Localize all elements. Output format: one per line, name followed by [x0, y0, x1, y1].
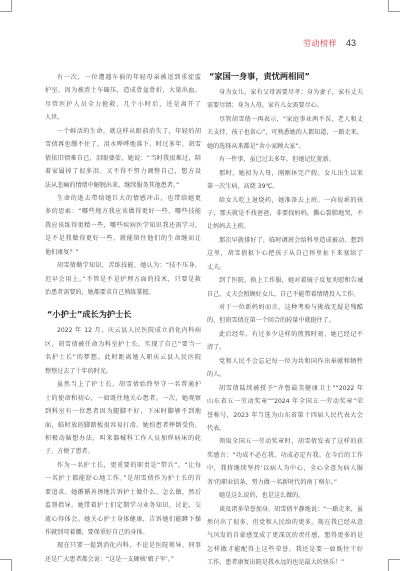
text-line: 现在只要一提到消化内科，不论是医院领导、同事 — [45, 539, 201, 552]
text-line: 区，胡雪倩被任命为科室护士长，实现了自己“要当一 — [45, 338, 201, 351]
text-line: 人世。 — [45, 111, 201, 124]
right-column: “家国一身事，责忧两相同”身为女儿，家有父母需要尽孝；身为妻子，家有丈夫需要尽情… — [207, 71, 363, 570]
text-line: 这里，胡雪倩狠下心把孩子从自己怀里扯下来塞给了 — [207, 247, 363, 260]
running-header: 劳动榜样 43 — [303, 38, 356, 49]
text-line: 名护士长”的梦想。此时距离她入职庆云县人民医院 — [45, 351, 201, 364]
text-line: 子，方便了患者。 — [45, 445, 201, 458]
text-line: 到了医院，换上工作服，她对着镜子反复劝慰和告诫 — [207, 274, 363, 287]
text-line: 奖感言：“功成不必在我，功成必定有我。在今后的工作 — [207, 449, 363, 462]
text-line: 迟早会用上。”不管是不是护理方面的技术，只要是救 — [45, 273, 201, 286]
section-subheading: “家国一身事，责忧两相同” — [207, 67, 363, 86]
text-line: 是不是我做得更好一些，就能留住他们的生命继而让 — [45, 232, 201, 245]
section-subheading: “小护士”成长为护士长 — [45, 305, 201, 324]
text-line: 她是这么说的，也是这么做的。 — [207, 489, 363, 502]
crop-mark-top-left — [0, 0, 12, 12]
text-line: 然付出了很多，但党和人民给的更多。现在我已经从意 — [207, 516, 363, 529]
text-line: 监督指导。她带着护士们定期学习业务知识，讨论、交 — [45, 499, 201, 512]
text-line: 多的思索：“哪些地方我应该做得更好一些，哪些技能 — [45, 205, 201, 218]
text-line: 对于一位新妈妈而言，这种考验与挑战无疑是残酷 — [207, 301, 363, 314]
text-line: 清了。 — [207, 341, 363, 354]
text-line: 2022 年 12 月，庆云县人民医院成立消化内科病 — [45, 324, 201, 337]
text-line: 还是广大患者都会说：“这是一支硬核‘娘子军’。” — [45, 553, 201, 566]
text-line: 代表。 — [207, 422, 363, 435]
text-line: 让妈妈去上班。 — [207, 220, 363, 233]
text-line: 作为一名护士长，更重要的职责是“带兵”。“让每 — [45, 459, 201, 472]
text-line: 有一件事，虽已过去多年，但她记忆犹新。 — [207, 153, 363, 166]
text-line: 流心得体会。她关心护士身体健康，告诉她们能蹲下操 — [45, 513, 201, 526]
text-line: 的人。 — [207, 368, 363, 381]
text-line: 工作，患者康复出院是我永远的也是最大的快乐！” — [207, 556, 363, 569]
text-line: 山东省五一劳动奖章”“2024 年全国五一劳动奖章”荣 — [207, 395, 363, 408]
text-line: 尽管医护人员全力抢救，几个小时后，还是离开了 — [45, 98, 201, 111]
text-line: 虽然当上了护士长，胡雪倩始终坚守一名普通护 — [45, 378, 201, 391]
text-line: 党和人民不会忘记每一位为共和国作出奉献和牺牲 — [207, 355, 363, 368]
text-line: 雪倩再也绷不住了，泪水哗哗地落下。时过多年，胡雪 — [45, 138, 201, 151]
text-line: 有一次，一位遭遇车祸的年轻母亲被送到重症监 — [45, 71, 201, 84]
text-line: 倩依旧情难自已，泪眼婆娑，她说：“当时我很难过，陪 — [45, 152, 201, 165]
text-line: 第一次生病，高烧 39℃。 — [207, 180, 363, 193]
text-line: 生命的逝去带给她巨大的情感冲击，也带给她更 — [45, 192, 201, 205]
text-line: 他们康复？” — [45, 246, 201, 259]
text-line: 此后经年，有过多少这样的煎熬时刻，她已经记不 — [207, 328, 363, 341]
text-line: 子，那天就是不找爸爸，非要找妈妈，撕心裂肺地哭，不 — [207, 207, 363, 220]
text-line: 那次早就排好了，临时调班会给科里造成被动。想到 — [207, 234, 363, 247]
text-line: 怎样做才能配得上这些荣誉。我还是要一如既往干好 — [207, 543, 363, 556]
text-line: 誉称号，2023 年当选为山东省第十四届人民代表大会 — [207, 409, 363, 422]
crop-mark-bottom-left — [0, 559, 12, 571]
text-line: 身为女儿，家有父母需要尽孝；身为妻子，家有丈夫 — [207, 86, 363, 99]
text-line: 丈夫。 — [207, 261, 363, 274]
text-line: 那时，她初为人母，刚刚休完产假。女儿出生以来 — [207, 167, 363, 180]
text-line: 中，我将继续坚持‘以病人为中心，全心全意为病人服 — [207, 462, 363, 475]
text-line: 领取全国五一劳动奖章时，胡雪倩发表了这样的获 — [207, 435, 363, 448]
page-number: 43 — [346, 38, 356, 48]
text-line: 需要尽情；身为人母，家有儿女需要尽心。 — [207, 99, 363, 112]
text-line: 给女儿吃上退烧药，她准备去上班。一向很乖的孩 — [207, 194, 363, 207]
text-line: 士的使命和初心，一如既往地关心患者。一次，她观察 — [45, 392, 201, 405]
text-line: 到科室有一位患者因为腿脚不好，下床时脚够不到地 — [45, 405, 201, 418]
text-line: 着家属掉了很多泪。又不得不努力调整自己，想方设 — [45, 165, 201, 178]
left-column: 有一次，一位遭遇车祸的年轻母亲被送到重症监护室，因为被渣土车碾压，造成骨盆骨折，… — [45, 71, 201, 566]
text-line: 护室，因为被渣土车碾压，造成骨盆骨折，大量出血。 — [45, 84, 201, 97]
text-line: 自己，丈夫会照顾好女儿，自己不能带着情绪投入工作。 — [207, 288, 363, 301]
text-line: 我应该练得更精一些，哪些疾病医学知识我还需学习， — [45, 219, 201, 232]
text-line: 积极动脑想办法，叫来器械科工作人员加焊病床的轮 — [45, 432, 201, 445]
text-line: 尽管胡雪倩一再表示，“家庭事业两不误，老人和丈 — [207, 113, 363, 126]
text-line: 夫支持，孩子也省心”，可熟悉她的人都知道，一路走来， — [207, 126, 363, 139]
text-line: 要追求。她循循善诱地告诉护士做什么、怎么做，然后 — [45, 486, 201, 499]
text-line: 务’的职业信条，努力做一名新时代的南丁格尔。” — [207, 476, 363, 489]
text-line: 整整过去了十年的时光。 — [45, 365, 201, 378]
text-line: 一个鲜活的生命，就这样从眼前消失了，年轻的胡 — [45, 125, 201, 138]
text-line: 谈及诸多荣誉加身，胡雪倩平静地说：“一路走来，虽 — [207, 503, 363, 516]
crop-mark-bottom-right — [388, 559, 400, 571]
text-line: 治患者需要的，她都要求自己熟练掌握。 — [45, 286, 201, 299]
section-label: 劳动榜样 — [303, 38, 337, 49]
text-line: 面，临时放的脚踏板很容易打滑。她怕患者摔倒受伤， — [45, 419, 201, 432]
text-line: 作就别弯着腰，要保重好自己的身体。 — [45, 526, 201, 539]
text-line: 胡雪倩陆续被授予“齐鲁最美健康卫士”“2022 年 — [207, 382, 363, 395]
text-line: 她的选择从来都是“舍小家顾大家”。 — [207, 140, 363, 153]
text-line: 胡雪倩勤学知识，苦练技能，她认为：“技不压身， — [45, 259, 201, 272]
text-line: 一名护士都能舒心地工作。”是胡雪倩作为护士长的首 — [45, 472, 201, 485]
crop-mark-top-right — [388, 0, 400, 12]
text-line: 法从悲痛的情绪中解脱出来，继续服务其他患者。” — [45, 179, 201, 192]
text-line: 的，但胡雪倩在第一个回合的较量中就挺住了。 — [207, 314, 363, 327]
text-line: 气风发的自豪感变成了更深沉的责任感，想得更多的是 — [207, 529, 363, 542]
